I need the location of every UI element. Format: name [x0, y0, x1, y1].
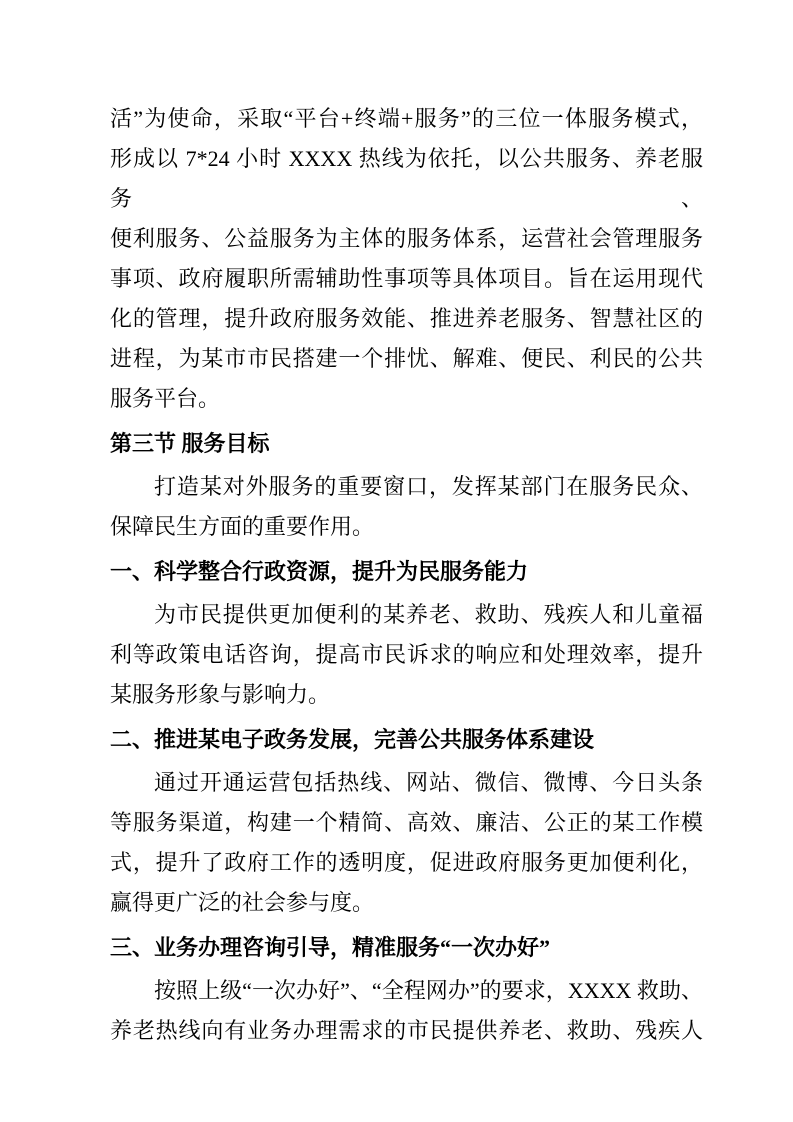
paragraph-line: 式，提升了政府工作的透明度，促进政府服务更加便利化，: [110, 843, 703, 883]
paragraph-line: 通过开通运营包括热线、网站、微信、微博、今日头条: [110, 763, 703, 803]
paragraph-line: 形成以 7*24 小时 XXXX 热线为依托，以公共服务、养老服务、: [110, 139, 703, 219]
paragraph-goal: 打造某对外服务的重要窗口，发挥某部门在服务民众、 保障民生方面的重要作用。: [110, 467, 703, 547]
paragraph-item-1: 为市民提供更加便利的某养老、救助、残疾人和儿童福 利等政策电话咨询，提高市民诉求…: [110, 595, 703, 715]
document-page: 活”为使命，采取“平台+终端+服务”的三位一体服务模式， 形成以 7*24 小时…: [0, 0, 793, 1122]
heading-item-3: 三、业务办理咨询引导，精准服务“一次办好”: [110, 928, 703, 968]
paragraph-line: 利等政策电话咨询，提高市民诉求的响应和处理效率，提升: [110, 635, 703, 675]
paragraph-line: 某服务形象与影响力。: [110, 675, 703, 715]
paragraph-line: 事项、政府履职所需辅助性事项等具体项目。旨在运用现代: [110, 259, 703, 299]
paragraph-line: 按照上级“一次办好”、“全程网办”的要求，XXXX 救助、: [110, 971, 703, 1011]
paragraph-line: 为市民提供更加便利的某养老、救助、残疾人和儿童福: [110, 595, 703, 635]
paragraph-line: 打造某对外服务的重要窗口，发挥某部门在服务民众、: [110, 467, 703, 507]
paragraph-item-3: 按照上级“一次办好”、“全程网办”的要求，XXXX 救助、 养老热线向有业务办理…: [110, 971, 703, 1051]
paragraph-item-2: 通过开通运营包括热线、网站、微信、微博、今日头条 等服务渠道，构建一个精简、高效…: [110, 763, 703, 923]
paragraph-line: 等服务渠道，构建一个精简、高效、廉洁、公正的某工作模: [110, 803, 703, 843]
heading-item-2: 二、推进某电子政务发展，完善公共服务体系建设: [110, 720, 703, 760]
heading-item-1: 一、科学整合行政资源，提升为民服务能力: [110, 552, 703, 592]
heading-section-3: 第三节 服务目标: [110, 424, 703, 464]
paragraph-line: 便利服务、公益服务为主体的服务体系，运营社会管理服务: [110, 219, 703, 259]
paragraph-line: 化的管理，提升政府服务效能、推进养老服务、智慧社区的: [110, 299, 703, 339]
paragraph-line: 赢得更广泛的社会参与度。: [110, 883, 703, 923]
paragraph-line: 进程，为某市市民搭建一个排忧、解难、便民、利民的公共: [110, 339, 703, 379]
paragraph-intro: 活”为使命，采取“平台+终端+服务”的三位一体服务模式， 形成以 7*24 小时…: [110, 99, 703, 419]
paragraph-line: 活”为使命，采取“平台+终端+服务”的三位一体服务模式，: [110, 99, 703, 139]
paragraph-line: 养老热线向有业务办理需求的市民提供养老、救助、残疾人: [110, 1011, 703, 1051]
paragraph-line: 服务平台。: [110, 379, 703, 419]
paragraph-line: 保障民生方面的重要作用。: [110, 507, 703, 547]
